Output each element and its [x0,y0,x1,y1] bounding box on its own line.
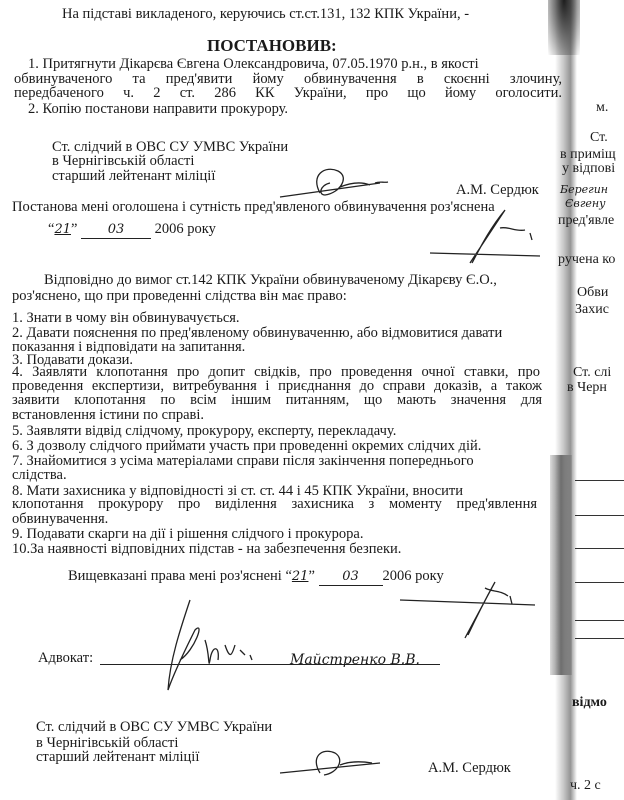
rights-confirm-text: Вищевказані права мені роз'яснені [68,568,282,584]
rights-confirm: Вищевказані права мені роз'яснені “21” 0… [68,568,444,586]
adjacent-fragment: Ст. слі [573,365,611,381]
right-item-cont: клопотання прокурору про виділення захис… [12,497,537,512]
right-item-cont: заявити клопотання по всім іншим питання… [12,393,542,408]
lawyer-signature-icon [150,600,280,695]
adjacent-fragment: ч. 2 с [570,778,601,794]
adjacent-fragment: пред'явле [558,213,614,229]
page-fold-dark-mid [550,455,572,675]
signatory-2-rank: старший лейтенант міліції [36,749,199,765]
date-2-month: 03 [319,569,383,586]
adjacent-line [575,480,624,481]
date-1-day: 21 [54,222,71,237]
resolution-line: 1. Притягнути Дікарєва Євгена Олександро… [28,56,479,72]
adjacent-line [575,548,624,549]
date-1: “21” 03 2006 року [48,221,216,239]
signatory-region: в Чернігівській області [52,153,194,169]
lawyer-label: Адвокат: [38,650,93,666]
adjacent-handwriting: Євгену [565,197,606,210]
adjacent-fragment: в Черн [567,380,607,396]
right-item-cont: слідства. [12,467,67,483]
resolution-line: 2. Копію постанови направити прокурору. [28,101,288,117]
signatory-2-position: Ст. слідчий в ОВС СУ УМВС України [36,719,272,735]
announcement-line: Постанова мені оголошена і сутність пред… [12,199,495,215]
right-item: 1. Знати в чому він обвинувачується. [12,310,240,326]
accused-signature-2-icon [430,580,540,640]
right-item: 10.За наявності відповідних підстав - на… [12,541,401,557]
adjacent-line [575,638,624,639]
adjacent-line [575,582,624,583]
adjacent-line [575,620,624,621]
right-item: 5. Заявляти відвід слідчому, прокурору, … [12,423,396,439]
signatory-rank: старший лейтенант міліції [52,168,215,184]
right-item: 7. Знайомитися з усіма матеріалами справ… [12,453,474,469]
adjacent-fragment: Ст. [590,130,608,146]
lawyer-handwritten-name: Майстренко В.В. [290,652,420,668]
date-1-year: 2006 року [155,221,216,237]
resolution-heading: ПОСТАНОВИВ: [207,38,337,54]
investigator-signature-2-icon [280,745,390,785]
adjacent-line [575,515,624,516]
right-item-cont: обвинувачення. [12,511,108,527]
resolution-line: передбаченого ч. 2 ст. 286 КК України, п… [14,86,562,101]
adjacent-fragment: відмо [572,695,607,711]
page-fold-shadow [555,0,577,800]
adjacent-fragment: Захис [575,302,609,318]
date-1-month: 03 [81,222,151,239]
adjacent-fragment: м. [596,100,608,116]
right-item: 9. Подавати скарги на дії і рішення слід… [12,526,363,542]
intro-line: На підставі викладеного, керуючись ст.ст… [62,6,469,22]
accused-signature-icon [450,208,550,268]
adjacent-fragment: у відпові [562,161,615,177]
rights-intro-line: роз'яснено, що при проведенні слідства в… [12,288,347,304]
right-item-cont: встановлення істини по справі. [12,407,204,423]
adjacent-handwriting: Берегин [560,183,608,196]
page-fold-dark-top [548,0,580,55]
rights-intro-line: Відповідно до вимог ст.142 КПК України о… [44,272,497,288]
signatory-name: А.М. Сердюк [456,182,539,198]
signatory-2-name: А.М. Сердюк [428,760,511,776]
adjacent-fragment: Обви [577,285,608,301]
adjacent-fragment: ручена ко [558,252,615,268]
date-2-day: 21 [292,569,309,584]
right-item: 6. З дозволу слідчого приймати участь пр… [12,438,481,454]
